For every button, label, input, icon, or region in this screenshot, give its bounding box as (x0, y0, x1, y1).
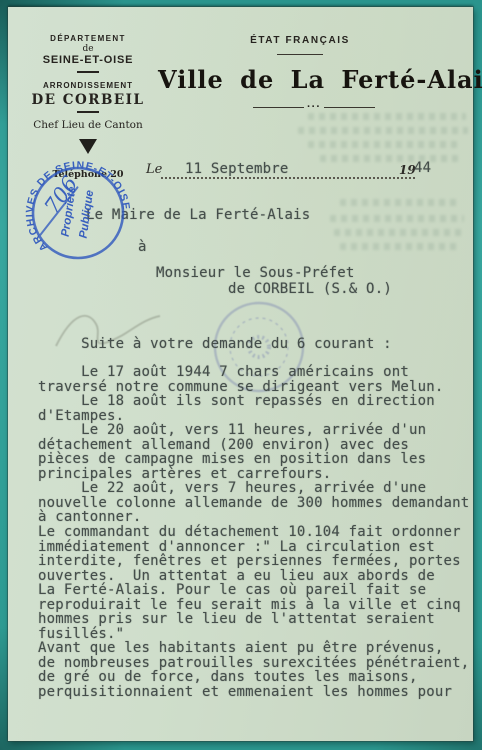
departement-label: DÉPARTEMENT (8, 34, 168, 43)
bleed-through-artifact (334, 229, 462, 236)
bleed-through-artifact (330, 215, 464, 222)
body-line: traversé notre commune se dirigeant vers… (38, 380, 469, 395)
etat-francais-line: ÉTAT FRANÇAIS (230, 35, 370, 46)
departement-name: SEINE-ET-OISE (8, 54, 168, 66)
arrondissement-name: DE CORBEIL (8, 92, 168, 108)
ornament-dots: ··· (304, 104, 324, 110)
ornament-line (253, 107, 304, 108)
letterhead-divider (77, 111, 99, 113)
scan-background: DÉPARTEMENT de SEINE-ET-OISE ARRONDISSEM… (0, 0, 482, 750)
date-prefix: Le (146, 162, 162, 177)
body-line: Le 22 août, vers 7 heures, arrivée d'une (38, 481, 469, 496)
recipient-line-1: Monsieur le Sous-Préfet (156, 265, 354, 281)
body-line: Le 20 août, vers 11 heures, arrivée d'un (38, 423, 469, 438)
body-line: d'Etampes. (38, 409, 469, 424)
ornament-line (324, 107, 375, 108)
body-line: hommes pris sur le lieu de l'attentat se… (38, 612, 469, 627)
bleed-through-artifact (340, 243, 458, 250)
archives-round-stamp: ARCHIVES DE SEINE-ET-OISE Propriété Publ… (2, 137, 155, 290)
bleed-through-artifact (298, 127, 468, 134)
bleed-through-artifact (340, 199, 460, 206)
body-line: pièces de campagne mises en position dan… (38, 452, 469, 467)
body-intro-line: Suite à votre demande du 6 courant : (38, 336, 392, 352)
bleed-through-artifact (308, 141, 458, 148)
arrondissement-label: ARRONDISSEMENT (8, 81, 168, 90)
title-ornament: ··· (253, 101, 375, 113)
body-line: immédiatement d'annoncer :" La circulati… (38, 540, 469, 555)
body-line: de gré ou de force, dans toutes les mais… (38, 670, 469, 685)
body-line: Le 17 août 1944 7 chars américains ont (38, 365, 469, 380)
body-line: interdite, fenêtres et persiennes fermée… (38, 554, 469, 569)
letter-paper: DÉPARTEMENT de SEINE-ET-OISE ARRONDISSEM… (8, 7, 473, 741)
etat-underline (277, 54, 323, 55)
letterhead-divider (77, 71, 99, 73)
body-lines: Le 17 août 1944 7 chars américains onttr… (38, 365, 469, 700)
body-line: Le 18 août ils sont repassés en directio… (38, 394, 469, 409)
stamp-center-line2: Publique (78, 189, 97, 239)
departement-de: de (8, 44, 168, 54)
typed-year: 44 (414, 160, 431, 176)
city-title: Ville de La Ferté-Alais (158, 65, 468, 94)
body-line: La Ferté-Alais. Pour le cas où pareil fa… (38, 583, 469, 598)
typed-date: 11 Septembre (185, 161, 289, 177)
canton-line: Chef Lieu de Canton (8, 119, 168, 131)
bleed-through-artifact (308, 113, 466, 120)
body-line: perquisitionnaient et emmenaient les hom… (38, 685, 469, 700)
pencil-mark (48, 302, 168, 362)
body-line: Avant que les habitants aient pu être pr… (38, 641, 469, 656)
body-line: Le commandant du détachement 10.104 fait… (38, 525, 469, 540)
body-line: à cantonner. (38, 510, 469, 525)
